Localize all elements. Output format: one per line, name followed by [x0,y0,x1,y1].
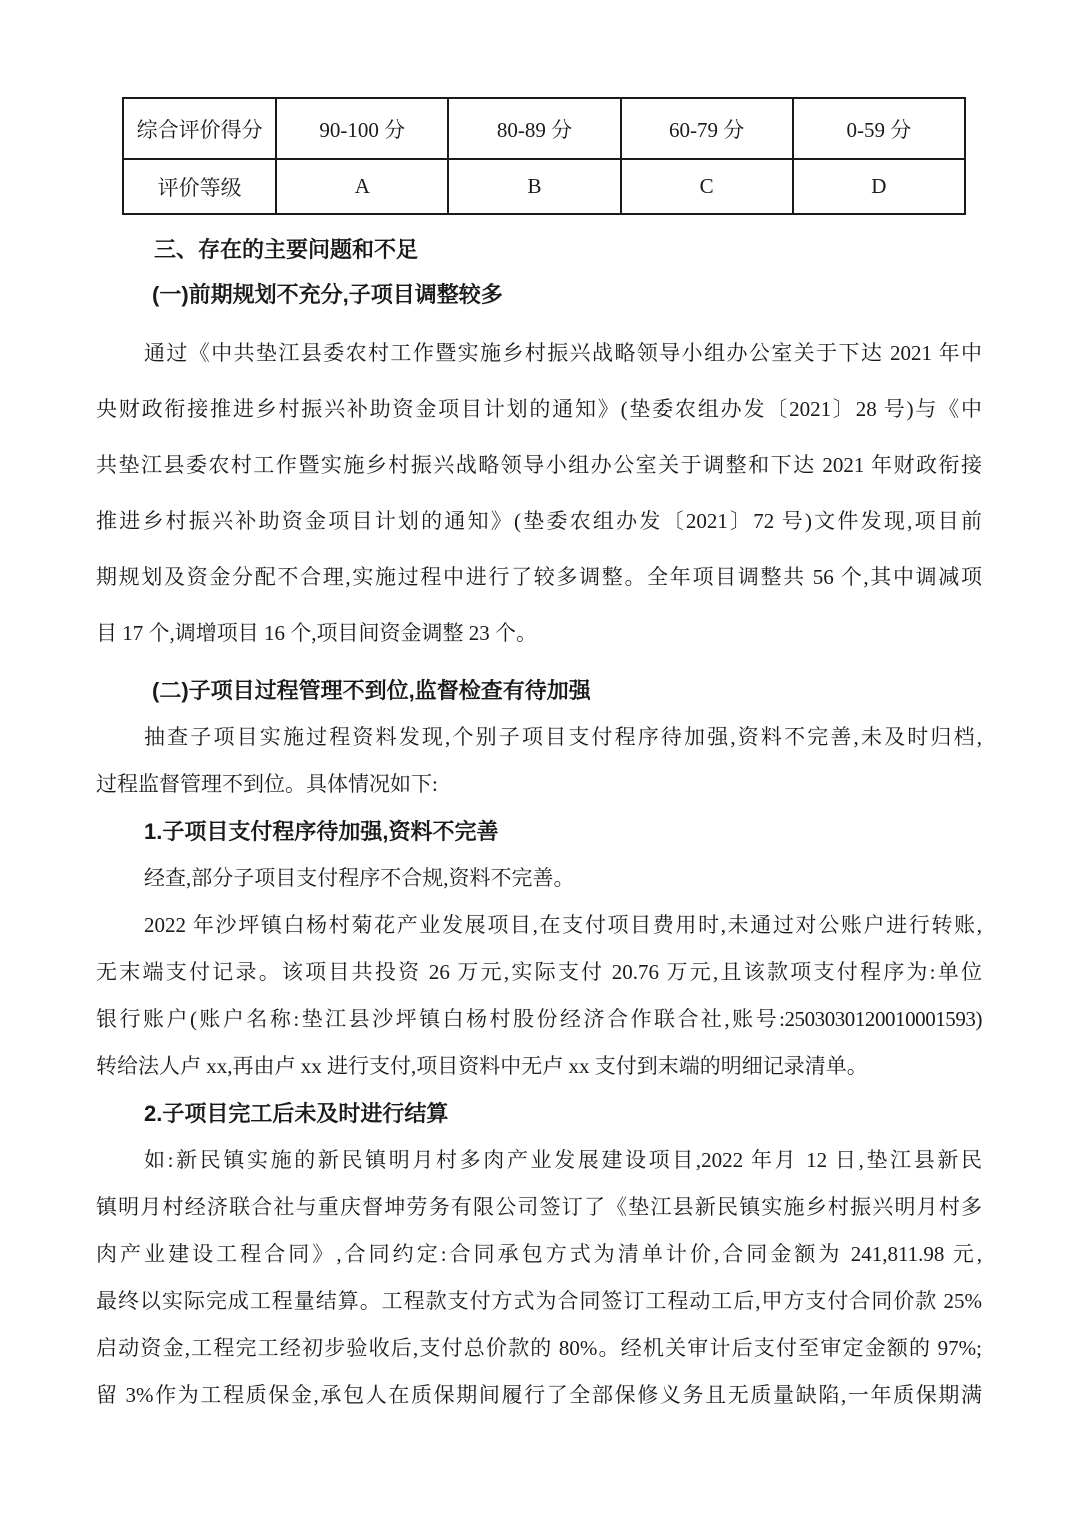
text-line: 推进乡村振兴补助资金项目计划的通知》(垫委农组办发〔2021〕72 号)文件发现… [96,493,982,549]
subsection-heading-2: (二)子项目过程管理不到位,监督检查有待加强 [96,667,982,714]
paragraph-payment-check: 经查,部分子项目支付程序不合规,资料不完善。 [96,855,982,902]
table-row-score-ranges: 综合评价得分 90-100 分 80-89 分 60-79 分 0-59 分 [123,98,965,159]
table-row-grades: 评价等级 A B C D [123,159,965,214]
table-cell-range-d: 0-59 分 [793,98,965,159]
text-line: 目 17 个,调增项目 16 个,项目间资金调整 23 个。 [96,605,982,661]
text-line: 镇明月村经济联合社与重庆督坤劳务有限公司签订了《垫江县新民镇实施乡村振兴明月村多 [96,1184,982,1231]
text-line: 共垫江县委农村工作暨实施乡村振兴战略领导小组办公室关于调整和下达 2021 年财… [96,437,982,493]
subsection-heading-1: (一)前期规划不充分,子项目调整较多 [96,272,982,317]
text-line: 经查,部分子项目支付程序不合规,资料不完善。 [96,855,982,902]
paragraph-succulent-project: 如:新民镇实施的新民镇明月村多肉产业发展建设项目,2022 年月 12 日,垫江… [96,1137,982,1419]
table-cell-range-b: 80-89 分 [448,98,620,159]
text-line: 过程监督管理不到位。具体情况如下: [96,761,982,808]
numbered-heading-1: 1.子项目支付程序待加强,资料不完善 [96,808,982,855]
text-line: 抽查子项目实施过程资料发现,个别子项目支付程序待加强,资料不完善,未及时归档, [96,714,982,761]
paragraph-planning-issues: 通过《中共垫江县委农村工作暨实施乡村振兴战略领导小组办公室关于下达 2021 年… [96,325,982,661]
table-cell-score-label: 综合评价得分 [123,98,276,159]
table-cell-grade-d: D [793,159,965,214]
text-line: 如:新民镇实施的新民镇明月村多肉产业发展建设项目,2022 年月 12 日,垫江… [96,1137,982,1184]
text-line: 转给法人卢 xx,再由卢 xx 进行支付,项目资料中无卢 xx 支付到末端的明细… [96,1043,982,1090]
text-line: 启动资金,工程完工经初步验收后,支付总价款的 80%。经机关审计后支付至审定金额… [96,1325,982,1372]
section-heading: 三、存在的主要问题和不足 [96,227,982,272]
table-cell-grade-b: B [448,159,620,214]
table-cell-grade-a: A [276,159,448,214]
text-line: 留 3%作为工程质保金,承包人在质保期间履行了全部保修义务且无质量缺陷,一年质保… [96,1372,982,1419]
evaluation-score-table: 综合评价得分 90-100 分 80-89 分 60-79 分 0-59 分 评… [122,97,966,215]
numbered-heading-2: 2.子项目完工后未及时进行结算 [96,1090,982,1137]
table-cell-grade-c: C [621,159,793,214]
paragraph-process-management: 抽查子项目实施过程资料发现,个别子项目支付程序待加强,资料不完善,未及时归档, … [96,714,982,808]
document-page: 综合评价得分 90-100 分 80-89 分 60-79 分 0-59 分 评… [0,0,1074,1520]
text-line: 最终以实际完成工程量结算。工程款支付方式为合同签订工程动工后,甲方支付合同价款 … [96,1278,982,1325]
table-cell-range-a: 90-100 分 [276,98,448,159]
table-cell-grade-label: 评价等级 [123,159,276,214]
document-content: 综合评价得分 90-100 分 80-89 分 60-79 分 0-59 分 评… [96,97,982,1419]
text-line: 肉产业建设工程合同》,合同约定:合同承包方式为清单计价,合同金额为 241,81… [96,1231,982,1278]
text-line: 2022 年沙坪镇白杨村菊花产业发展项目,在支付项目费用时,未通过对公账户进行转… [96,902,982,949]
text-line: 期规划及资金分配不合理,实施过程中进行了较多调整。全年项目调整共 56 个,其中… [96,549,982,605]
text-line: 央财政衔接推进乡村振兴补助资金项目计划的通知》(垫委农组办发〔2021〕28 号… [96,381,982,437]
text-line: 银行账户(账户名称:垫江县沙坪镇白杨村股份经济合作联合社,账号:25030301… [96,996,982,1043]
table-cell-range-c: 60-79 分 [621,98,793,159]
paragraph-chrysanthemum-project: 2022 年沙坪镇白杨村菊花产业发展项目,在支付项目费用时,未通过对公账户进行转… [96,902,982,1090]
text-line: 无末端支付记录。该项目共投资 26 万元,实际支付 20.76 万元,且该款项支… [96,949,982,996]
text-line: 通过《中共垫江县委农村工作暨实施乡村振兴战略领导小组办公室关于下达 2021 年… [96,325,982,381]
